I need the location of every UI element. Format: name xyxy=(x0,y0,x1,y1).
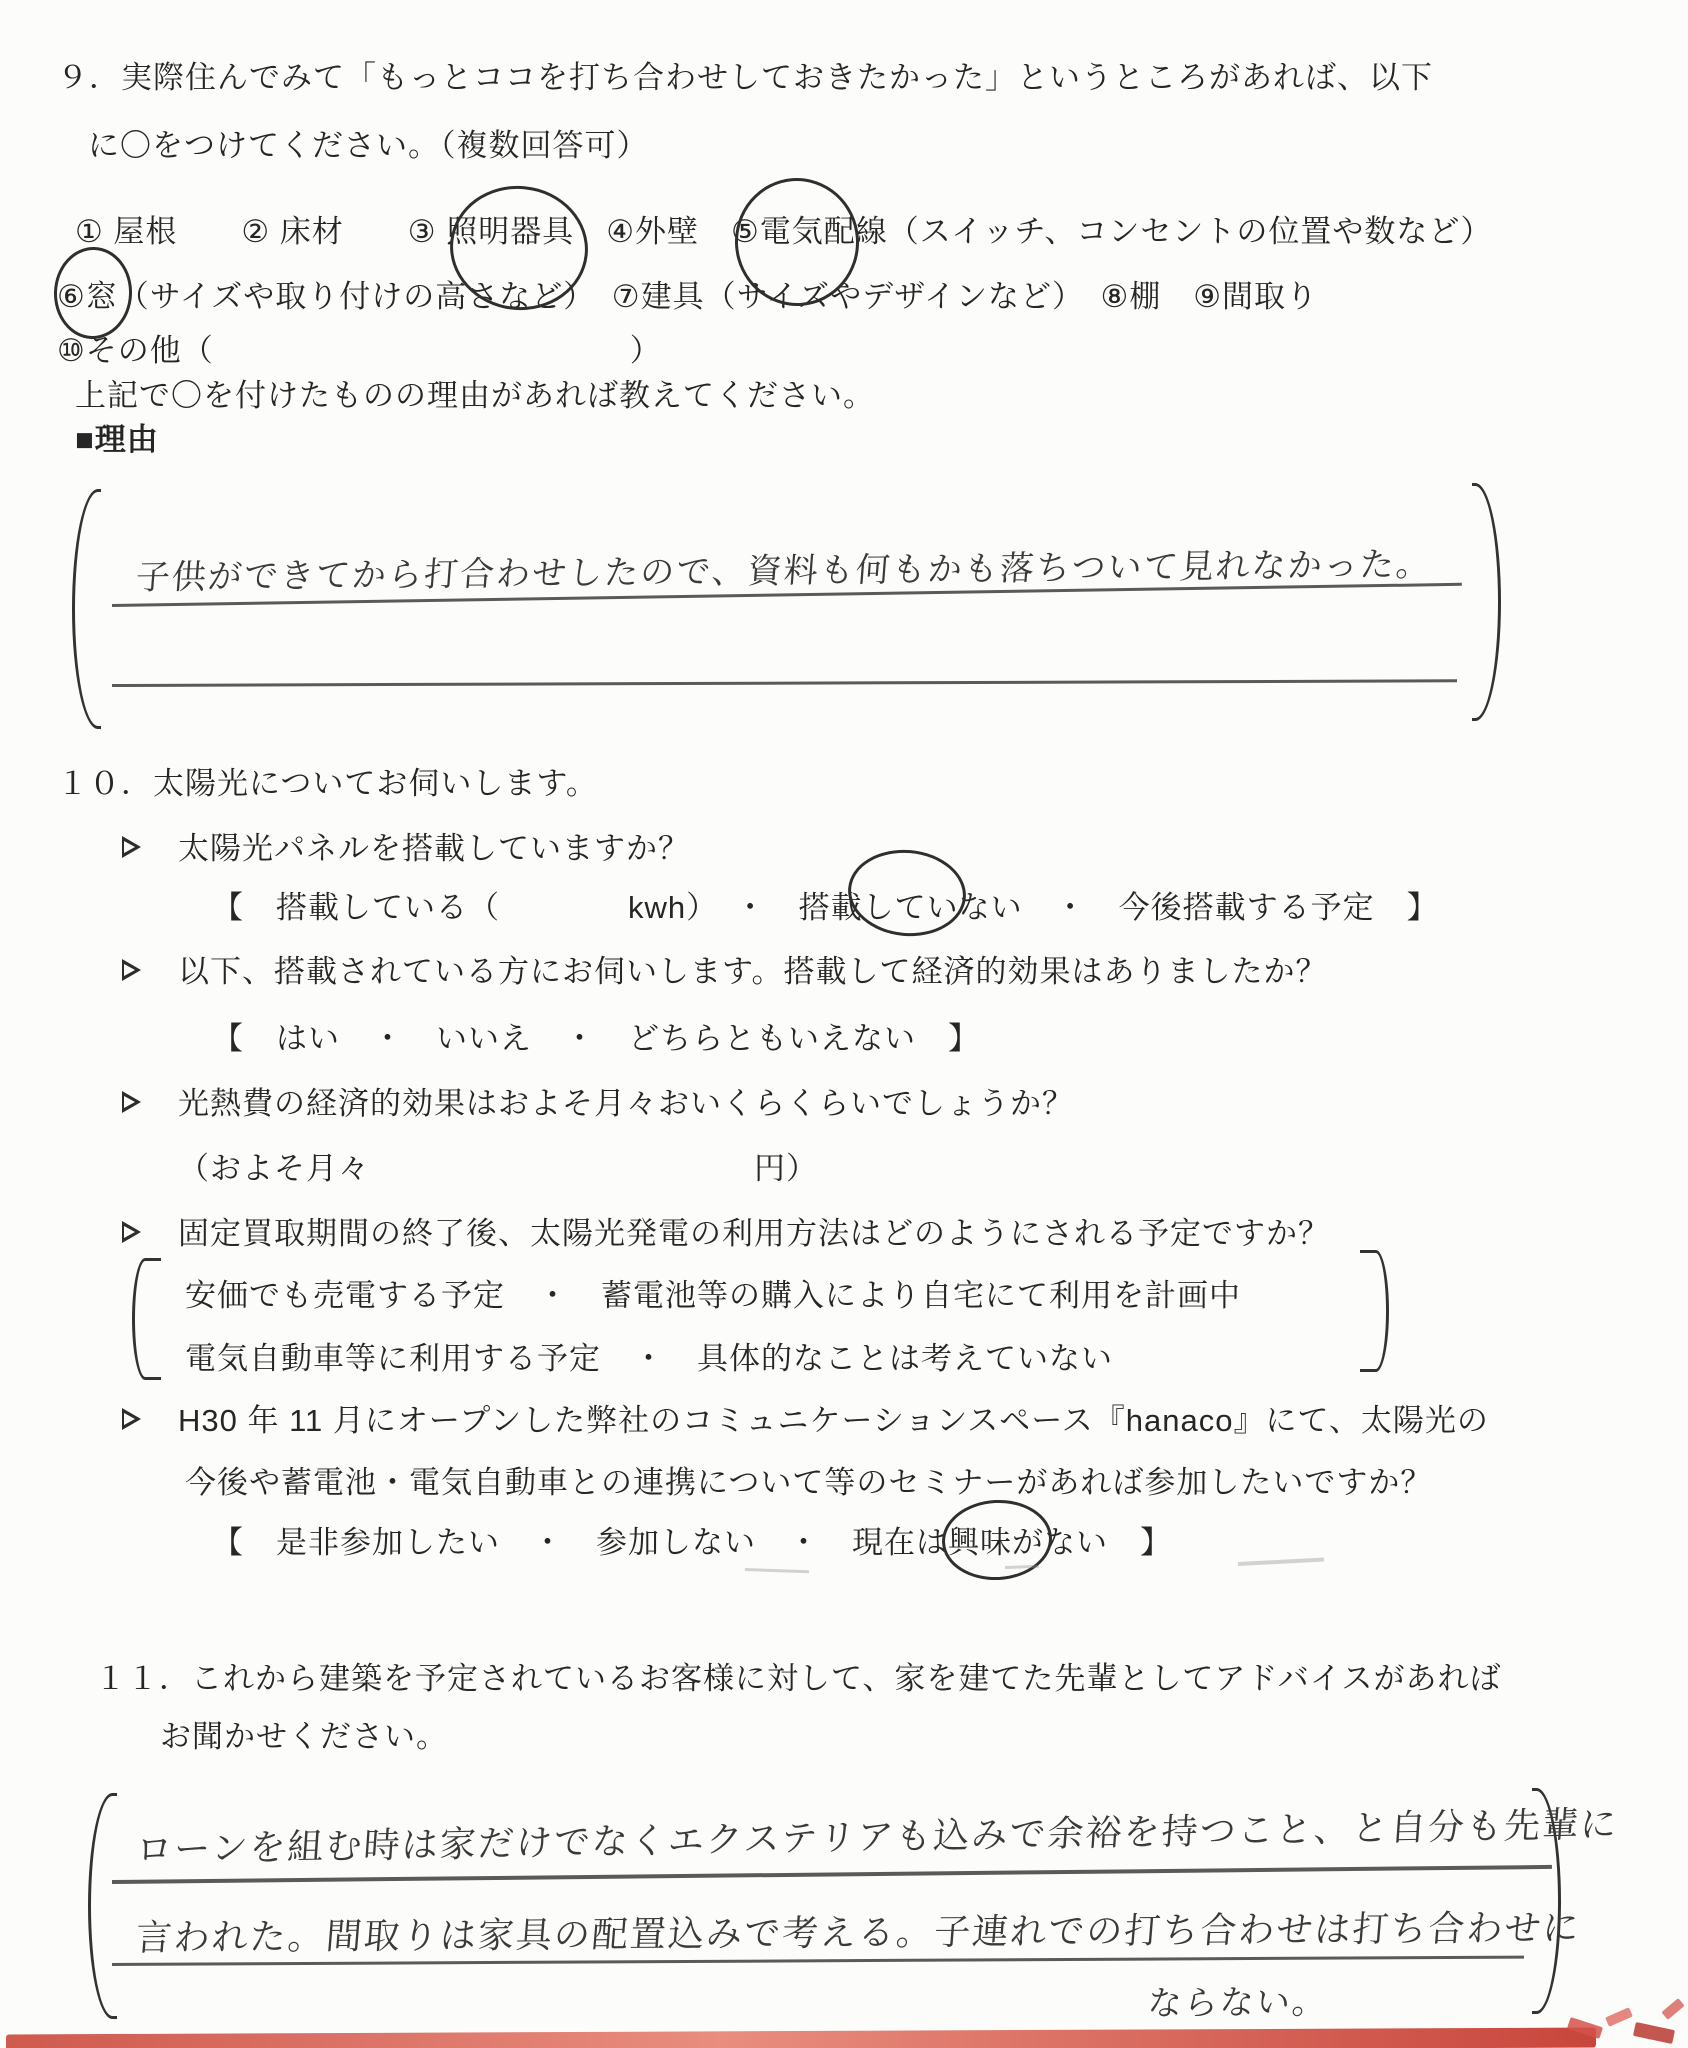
q10-cost-blank: （およそ月々 円） xyxy=(178,1151,818,1187)
reason-answer-line-2 xyxy=(112,679,1457,687)
advice-handwriting-line2: 言われた。間取りは家具の配置込みで考える。子連れでの打ち合わせは打ち合わせに xyxy=(134,1900,1583,1961)
corner-print-artifact xyxy=(1661,1998,1684,2020)
q10-title: １０．太陽光についてお伺いします。 xyxy=(57,766,598,802)
scanned-survey-page: ９．実際住んでみて「もっとココを打ち合わせしておきたかった」というところがあれば… xyxy=(0,0,1688,2048)
bullet-arrow-icon xyxy=(122,1091,141,1113)
q9-options-row3: ⑩その他（ ） xyxy=(57,333,662,369)
bottom-red-band xyxy=(6,2028,1596,2048)
reason-box-bracket-right xyxy=(1472,483,1501,721)
q10-panel-options: 【 搭載している（ kwh） ・ 搭載していない ・ 今後搭載する予定 】 xyxy=(212,890,1439,926)
corner-print-artifact xyxy=(1633,2022,1675,2044)
q9-title-line1: ９．実際住んでみて「もっとココを打ち合わせしておきたかった」というところがあれば… xyxy=(57,60,1433,96)
corner-print-artifact xyxy=(1605,2007,1633,2027)
bullet-arrow-icon xyxy=(122,836,141,858)
q11-title-line1: １１．これから建築を予定されているお客様に対して、家を建てた先輩としてアドバイス… xyxy=(95,1661,1501,1697)
advice-box-bracket-left xyxy=(88,1793,117,2019)
q9-reason-prompt: 上記で〇を付けたものの理由があれば教えてください。 xyxy=(75,378,875,414)
q10-fit-options-line2: 電気自動車等に利用する予定 ・ 具体的なことは考えていない xyxy=(185,1341,1113,1377)
q9-title-line2: に〇をつけてください。（複数回答可） xyxy=(88,128,649,164)
reason-box-bracket-left xyxy=(72,489,101,729)
circle-annotation-no-interest xyxy=(940,1497,1054,1583)
bullet-arrow-icon xyxy=(122,1221,141,1243)
q9-reason-label: ■理由 xyxy=(75,422,159,458)
bullet-arrow-icon xyxy=(122,1408,141,1430)
q10-panel-question: 太陽光パネルを搭載していますか？ xyxy=(178,831,690,867)
q11-title-line2: お聞かせください。 xyxy=(160,1719,448,1755)
reason-handwriting: 子供ができてから打合わせしたので、資料も何もかも落ちついて見れなかった。 xyxy=(134,536,1434,599)
q10-cost-question: 光熱費の経済的効果はおよそ月々おいくらくらいでしょうか？ xyxy=(178,1086,1074,1122)
q10-seminar-line2: 今後や蓄電池・電気自動車との連携について等のセミナーがあれば参加したいですか？ xyxy=(185,1465,1432,1501)
stray-pencil-mark xyxy=(745,1568,809,1573)
circle-annotation-option6-window xyxy=(52,246,133,341)
fit-options-bracket-left xyxy=(132,1258,161,1380)
circle-annotation-not-installed xyxy=(844,845,969,941)
fit-options-bracket-right xyxy=(1360,1250,1389,1372)
q10-seminar-line1: H30 年 11 月にオープンした弊社のコミュニケーションスペース『hanaco… xyxy=(178,1403,1489,1439)
stray-pencil-mark xyxy=(1238,1558,1324,1566)
q10-fit-question: 固定買取期間の終了後、太陽光発電の利用方法はどのようにされる予定ですか？ xyxy=(178,1216,1330,1252)
bullet-arrow-icon xyxy=(122,959,141,981)
q10-effect-question: 以下、搭載されている方にお伺いします。搭載して経済的効果はありましたか？ xyxy=(178,954,1328,990)
q9-options-row2: ⑥窓（サイズや取り付けの高さなど） ⑦建具（サイズやデザインなど） ⑧棚 ⑨間取… xyxy=(57,279,1318,315)
q10-effect-options: 【 はい ・ いいえ ・ どちらともいえない 】 xyxy=(212,1021,980,1057)
advice-handwriting-line3: ならない。 xyxy=(1146,1974,1330,2025)
advice-handwriting-line1: ローンを組む時は家だけでなくエクステリアも込みで余裕を持つこと、と自分も先輩に xyxy=(134,1796,1620,1873)
q10-fit-options-line1: 安価でも売電する予定 ・ 蓄電池等の購入により自宅にて利用を計画中 xyxy=(185,1278,1241,1314)
